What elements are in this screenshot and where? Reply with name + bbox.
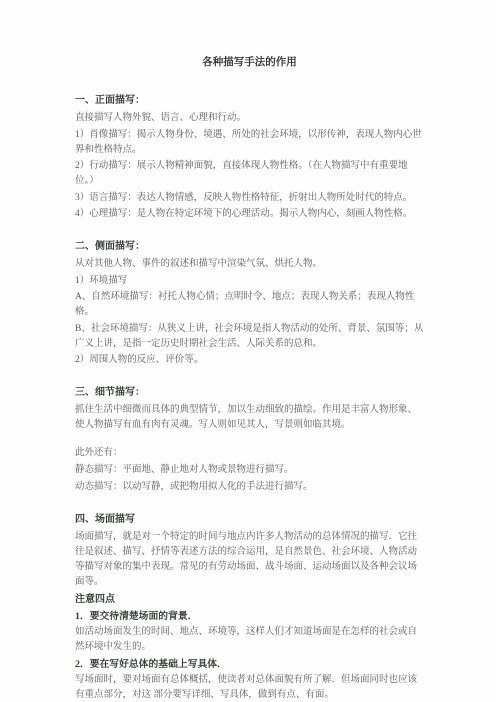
notes-heading: 注意四点 [75,592,424,607]
paragraph: B、社会环境描写：从狭义上讲，社会环境是指人物活动的处所、背景、氛围等；从广义上… [75,322,424,352]
paragraph: 动态描写：以动写静，或把物用拟人化的手法进行描写。 [75,480,424,495]
paragraph: 抓住生活中细微而具体的典型情节，加以生动细致的描绘。作用是丰富人物形象、使人物描… [75,403,424,433]
paragraph: 静态描写：平面地、静止地对人物或景物进行描写。 [75,463,424,478]
paragraph: 3）语言描写：表达人物情感，反映人物性格特征，折射出人物所处时代的特点。 [75,191,424,206]
document-page: 各种描写手法的作用 一、正面描写： 直接描写人物外貌、语言、心理和行动。 1）肖… [0,0,496,702]
note-title: 1．要交待清楚场面的背景． [75,609,424,624]
paragraph: 场面描写，就是对一个特定的时间与地点内许多人物活动的总体情况的描写．它往往是叙述… [75,530,424,590]
paragraph: 2）周围人物的反应、评价等。 [75,353,424,368]
note-title: 2．要在写好总体的基础上写具体． [75,657,424,672]
notes-block: 注意四点 1．要交待清楚场面的背景． 如活动场面发生的时间、地点、环境等，这样人… [75,592,424,702]
section-detail-heading: 三、细节描写： [75,385,424,400]
section-detail-description: 三、细节描写： 抓住生活中细微而具体的典型情节，加以生动细致的描绘。作用是丰富人… [75,385,424,495]
paragraph: 从对其他人物、事件的叙述和描写中渲染气氛、烘托人物。 [75,257,424,272]
section-frontal-heading: 一、正面描写： [75,93,424,108]
paragraph: 4）心理描写：是人物在特定环境下的心理活动。揭示人物内心，刻画人物性格。 [75,207,424,222]
note-body: 写场面时，要对场面有总体概括，使读者对总体面貌有所了解．但场面同时也应该有重点部… [75,673,424,702]
section-frontal-description: 一、正面描写： 直接描写人物外貌、语言、心理和行动。 1）肖像描写：揭示人物身份… [75,93,424,222]
section-side-description: 二、侧面描写： 从对其他人物、事件的叙述和描写中渲染气氛、烘托人物。 1）环境描… [75,239,424,368]
extra-intro: 此外还有： [75,446,424,461]
paragraph: A、自然环境描写：衬托人物心情；点明时令、地点；表现人物关系；表现人物性格。 [75,290,424,320]
section-side-heading: 二、侧面描写： [75,239,424,254]
document-title: 各种描写手法的作用 [75,56,424,69]
section-scene-heading: 四、场面描写 [75,512,424,527]
paragraph: 1）肖像描写：揭示人物身份、境遇、所处的社会环境，以形传神，表现人物内心世界和性… [75,128,424,158]
section-scene-description: 四、场面描写 场面描写，就是对一个特定的时间与地点内许多人物活动的总体情况的描写… [75,512,424,590]
paragraph: 直接描写人物外貌、语言、心理和行动。 [75,111,424,126]
paragraph: 2）行动描写：展示人物精神面貌，直接体现人物性格。（在人物描写中有重要地位。） [75,159,424,189]
paragraph: 1）环境描写 [75,274,424,289]
note-body: 如活动场面发生的时间、地点、环境等，这样人们才知道场面是在怎样的社会或自然环境中… [75,625,424,655]
